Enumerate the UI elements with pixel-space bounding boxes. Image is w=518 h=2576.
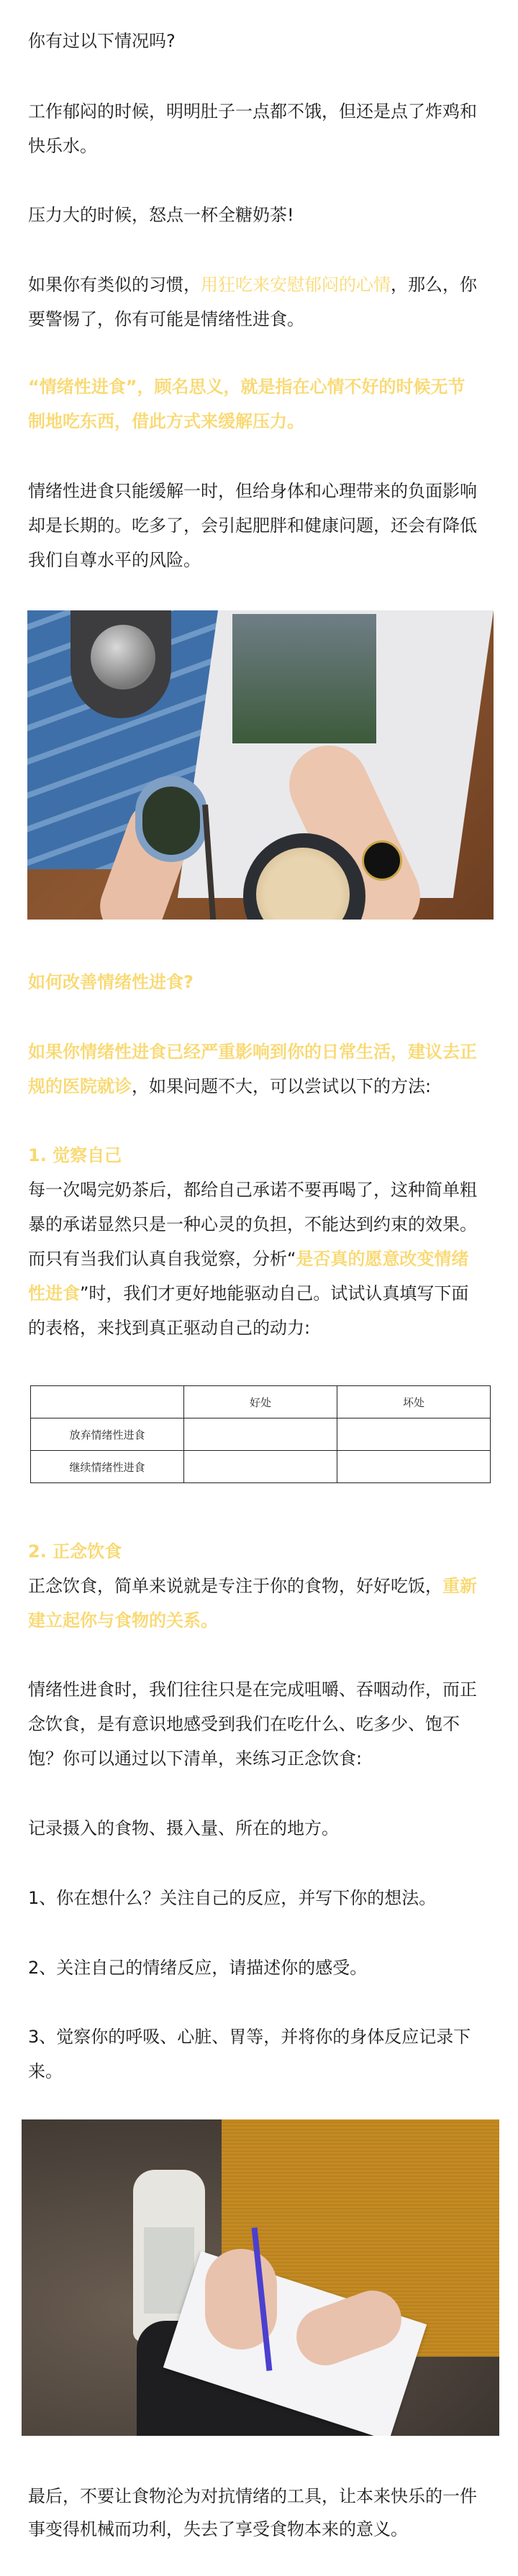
effects-line3: 我们自尊水平的风险。 [28,543,489,577]
method1-line4-highlight: 性进食 [28,1283,80,1303]
method1-line3-text: 而只有当我们认真自我觉察，分析“ [28,1249,296,1269]
wristwatch [362,840,402,881]
method2-step1: 1、你在想什么？关注自己的反应，并写下你的想法。 [28,1881,489,1915]
advice-highlight: 规的医院就诊 [28,1076,132,1096]
sketching-photo [22,2119,499,2436]
method1-line1: 每一次喝完奶茶后，都给自己承诺不要再喝了，这种简单粗 [28,1173,489,1207]
effects-line1: 情绪性进食只能缓解一时，但给身体和心理带来的负面影响 [28,474,489,508]
pros-cons-table: 好处 坏处 放弃情绪性进食 继续情绪性进食 [30,1385,491,1483]
table-row: 放弃情绪性进食 [31,1418,491,1451]
method1-line3: 而只有当我们认真自我觉察，分析“是否真的愿意改变情绪 [28,1242,489,1276]
method2-line1-highlight: 重新 [442,1576,477,1596]
method1-line3-highlight: 是否真的愿意改变情绪 [296,1249,468,1269]
table-header-cell: 坏处 [337,1386,491,1418]
definition-line2: 制地吃东西，借此方式来缓解压力。 [28,404,489,439]
method1-line4-text: ”时，我们才更好地能驱动自己。试试认真填写下面 [80,1283,468,1303]
intro-habit-line2: 要警惕了，你有可能是情绪性进食。 [28,302,489,336]
table-cell-cons [337,1418,491,1451]
method2-para2-line1: 情绪性进食时，我们往往只是在完成咀嚼、吞咽动作，而正 [28,1672,489,1707]
advice-line2: 规的医院就诊，如果问题不大，可以尝试以下的方法: [28,1069,489,1104]
method1-line5: 的表格，来找到真正驱动自己的动力: [28,1311,489,1345]
advice-text: ，如果问题不大，可以尝试以下的方法: [132,1076,431,1096]
method2-line1: 正念饮食，简单来说就是专注于你的食物，好好吃饭，重新 [28,1569,489,1603]
method2-line2: 建立起你与食物的关系。 [28,1603,489,1638]
method2-record: 记录摄入的食物、摄入量、所在的地方。 [28,1811,489,1846]
tea [142,787,200,855]
method2-step3-line2: 来。 [28,2054,489,2089]
intro-habit-line1: 如果你有类似的习惯，用狂吃来安慰郁闷的心情，那么，你 [28,267,489,302]
method1-line4: 性进食”时，我们才更好地能驱动自己。试试认真填写下面 [28,1276,489,1311]
habit-highlight: 用狂吃来安慰郁闷的心情 [201,275,391,295]
table-header-cell: 好处 [184,1386,337,1418]
table-row: 继续情绪性进食 [31,1451,491,1483]
method1-title: 1. 觉察自己 [28,1138,489,1173]
table-header-row: 好处 坏处 [31,1386,491,1418]
method2-para2-line2: 念饮食，是有意识地感受到我们在吃什么、吃多少、饱不 [28,1707,489,1741]
method1-line2: 暴的承诺显然只是一种心灵的负担，不能达到约束的效果。 [28,1207,489,1242]
habit-text-pre: 如果你有类似的习惯， [28,275,201,295]
intro-case1-line1: 工作郁闷的时候，明明肚子一点都不饿，但还是点了炸鸡和 [28,94,489,129]
breakfast-photo [27,610,494,920]
table-cell-pros [184,1418,337,1451]
table-row-label: 放弃情绪性进食 [31,1418,184,1451]
conclusion-line1: 最后，不要让食物沦为对抗情绪的工具，让本来快乐的一件 [28,2479,489,2513]
magazine-picture [232,614,376,743]
intro-case1-line2: 快乐水。 [28,129,489,163]
effects-line2: 却是长期的。吃多了，会引起肥胖和健康问题，还会有降低 [28,508,489,543]
table-header-cell [31,1386,184,1418]
table-cell-pros [184,1451,337,1483]
method2-title: 2. 正念饮食 [28,1534,489,1569]
method2-line1-text: 正念饮食，简单来说就是专注于你的食物，好好吃饭， [28,1576,442,1596]
habit-text-post: ，那么，你 [391,275,477,295]
intro-case2: 压力大的时候，怒点一杯全糖奶茶! [28,198,489,232]
table-cell-cons [337,1451,491,1483]
teapot-lid [91,625,155,689]
advice-line1: 如果你情绪性进食已经严重影响到你的日常生活，建议去正 [28,1035,489,1069]
method2-step3-line1: 3、觉察你的呼吸、心脏、胃等，并将你的身体反应记录下 [28,2020,489,2054]
method2-step2: 2、关注自己的情绪反应，请描述你的感受。 [28,1951,489,1985]
method2-para2-line3: 饱？你可以通过以下清单，来练习正念饮食: [28,1741,489,1776]
definition-line1: “情绪性进食”，顾名思义，就是指在心情不好的时候无节 [28,370,489,404]
intro-question: 你有过以下情况吗? [28,24,489,58]
conclusion-line2: 事变得机械而功利，失去了享受食物本来的意义。 [28,2512,489,2547]
improve-heading: 如何改善情绪性进食? [28,965,489,999]
table-row-label: 继续情绪性进食 [31,1451,184,1483]
